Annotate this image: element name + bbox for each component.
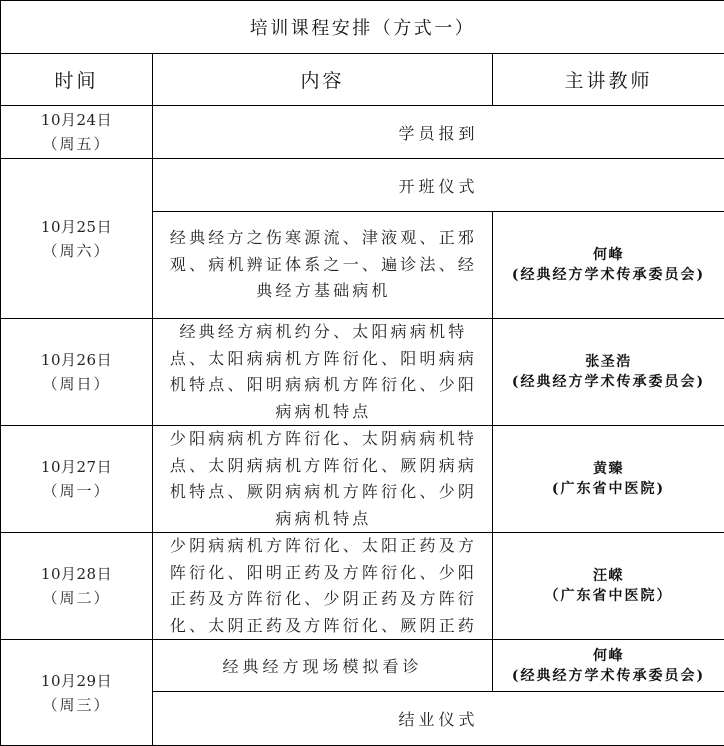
- weekday-label: （周三）: [1, 693, 152, 717]
- title-row: 培训课程安排（方式一）: [1, 1, 724, 54]
- date-label: 10月26日: [1, 348, 152, 372]
- session-content: 少阴病病机方阵衍化、太阳正药及方阵衍化、阳明正药及方阵衍化、少阳正药及方阵衍化、…: [153, 533, 493, 640]
- header-time: 时间: [1, 54, 153, 106]
- teacher-cell: 黄臻 (广东省中医院): [493, 426, 724, 533]
- date-label: 10月29日: [1, 669, 152, 693]
- date-label: 10月25日: [1, 215, 152, 239]
- session-content-text: 结业仪式: [398, 710, 478, 729]
- session-content: 结业仪式: [153, 692, 724, 743]
- date-label: 10月28日: [1, 562, 152, 586]
- table-title-cell: 培训课程安排（方式一）: [1, 1, 724, 54]
- session-content-text: 经典经方病机约分、太阳病病机特点、太阳病病机方阵衍化、阳明病病机特点、阳明病病机…: [170, 322, 477, 421]
- session-content-text: 学员报到: [398, 124, 478, 143]
- header-row: 时间 内容 主讲教师: [1, 54, 724, 106]
- session-content-text: 经典经方之伤寒源流、津液观、正邪观、病机辨证体系之一、遍诊法、经典经方基础病机: [170, 228, 477, 300]
- teacher-name: 何峰: [493, 646, 724, 666]
- weekday-label: （周六）: [1, 239, 152, 263]
- weekday-label: （周一）: [1, 479, 152, 503]
- session-content: 学员报到: [153, 106, 724, 159]
- header-content-label: 内容: [300, 70, 344, 92]
- table-title: 培训课程安排（方式一）: [250, 18, 476, 39]
- teacher-name: 黄臻: [493, 459, 724, 479]
- session-content: 经典经方现场模拟看诊: [153, 640, 493, 692]
- teacher-name: 何峰: [493, 245, 724, 265]
- weekday-label: （周二）: [1, 586, 152, 610]
- date-cell: 10月25日 （周六）: [1, 159, 153, 319]
- teacher-name: 汪嵘: [493, 566, 724, 586]
- header-time-label: 时间: [54, 70, 98, 92]
- teacher-cell: 张圣浩 (经典经方学术传承委员会): [493, 319, 724, 426]
- teacher-org: (经典经方学术传承委员会): [493, 666, 724, 686]
- teacher-cell: 汪嵘 （广东省中医院）: [493, 533, 724, 640]
- teacher-org: (经典经方学术传承委员会): [493, 265, 724, 285]
- table-row: 10月28日 （周二） 少阴病病机方阵衍化、太阳正药及方阵衍化、阳明正药及方阵衍…: [1, 533, 724, 640]
- session-content-text: 少阴病病机方阵衍化、太阳正药及方阵衍化、阳明正药及方阵衍化、少阳正药及方阵衍化、…: [170, 536, 477, 635]
- session-content-text: 少阳病病机方阵衍化、太阴病病机特点、太阴病病机方阵衍化、厥阴病病机特点、厥阴病病…: [170, 429, 477, 528]
- teacher-cell: 何峰 (经典经方学术传承委员会): [493, 212, 724, 319]
- date-cell: 10月29日 （周三）: [1, 640, 153, 743]
- date-cell: 10月26日 （周日）: [1, 319, 153, 426]
- table-row: 10月27日 （周一） 少阳病病机方阵衍化、太阴病病机特点、太阴病病机方阵衍化、…: [1, 426, 724, 533]
- session-content: 开班仪式: [153, 159, 724, 212]
- session-content: 少阳病病机方阵衍化、太阴病病机特点、太阴病病机方阵衍化、厥阴病病机特点、厥阴病病…: [153, 426, 493, 533]
- training-schedule-table: 培训课程安排（方式一） 时间 内容 主讲教师 10月24日 （周五） 学员报到 …: [0, 0, 724, 742]
- session-content: 经典经方病机约分、太阳病病机特点、太阳病病机方阵衍化、阳明病病机特点、阳明病病机…: [153, 319, 493, 426]
- teacher-org: (广东省中医院): [493, 479, 724, 499]
- teacher-org: (经典经方学术传承委员会): [493, 372, 724, 392]
- teacher-cell: 何峰 (经典经方学术传承委员会): [493, 640, 724, 692]
- date-cell: 10月28日 （周二）: [1, 533, 153, 640]
- table-row: 10月26日 （周日） 经典经方病机约分、太阳病病机特点、太阳病病机方阵衍化、阳…: [1, 319, 724, 426]
- session-content-text: 经典经方现场模拟看诊: [222, 657, 422, 676]
- weekday-label: （周五）: [1, 132, 152, 156]
- date-cell: 10月27日 （周一）: [1, 426, 153, 533]
- header-teacher-label: 主讲教师: [564, 70, 652, 92]
- teacher-org: （广东省中医院）: [493, 586, 724, 606]
- header-content: 内容: [153, 54, 493, 106]
- table-row: 10月25日 （周六） 开班仪式: [1, 159, 724, 212]
- date-cell: 10月24日 （周五）: [1, 106, 153, 159]
- teacher-name: 张圣浩: [493, 352, 724, 372]
- table-row: 10月29日 （周三） 经典经方现场模拟看诊 何峰 (经典经方学术传承委员会): [1, 640, 724, 692]
- date-label: 10月27日: [1, 455, 152, 479]
- header-teacher: 主讲教师: [493, 54, 724, 106]
- date-label: 10月24日: [1, 108, 152, 132]
- weekday-label: （周日）: [1, 372, 152, 396]
- table-row: 10月24日 （周五） 学员报到: [1, 106, 724, 159]
- session-content: 经典经方之伤寒源流、津液观、正邪观、病机辨证体系之一、遍诊法、经典经方基础病机: [153, 212, 493, 319]
- session-content-text: 开班仪式: [398, 177, 478, 196]
